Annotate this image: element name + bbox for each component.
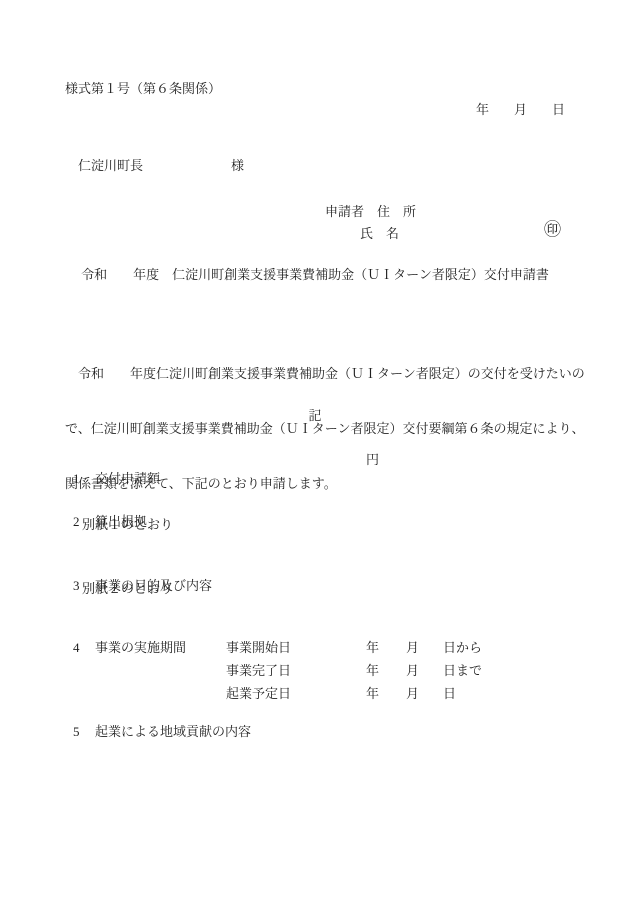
record-mark: 記 — [0, 408, 630, 424]
header-date-year-label: 年 — [476, 102, 489, 118]
application-form-page: 様式第１号（第６条関係） 年 月 日 仁淀川町長様 申請者 住 所 氏 名 ㊞ … — [0, 0, 630, 903]
seal-icon: ㊞ — [544, 222, 561, 238]
item-5-number: 5 — [73, 724, 95, 740]
applicant-address-line: 申請者 住 所 — [325, 204, 416, 220]
item-5-label: 起業による地域貢献の内容 — [95, 724, 251, 739]
header-date-month-label: 月 — [514, 102, 527, 118]
item-4-number: 4 — [73, 640, 95, 656]
planned-date-month-label: 月 — [406, 683, 443, 702]
addressee-honorific: 様 — [231, 158, 244, 173]
planned-date-label: 起業予定日 — [226, 683, 366, 702]
item-1-label: 交付申請額 — [95, 471, 160, 486]
item-1-number: 1 — [73, 471, 95, 487]
item-2-detail: 別紙１のとおり — [82, 517, 173, 533]
item-4-line: 4事業の実施期間 — [60, 621, 186, 672]
addressee-line: 仁淀川町長様 — [65, 142, 244, 190]
header-date-day-label: 日 — [552, 102, 565, 118]
item-3-detail: 別紙２のとおり — [82, 581, 173, 597]
planned-date-day-label: 日 — [443, 686, 456, 701]
body-paragraph-line: 令和 年度仁淀川町創業支援事業費補助金（ＵＩターン者限定）の交付を受けたいの — [65, 362, 585, 385]
planned-date-year-label: 年 — [366, 683, 406, 702]
addressee-title: 仁淀川町長 — [78, 158, 143, 173]
applicant-name-line: 氏 名 — [360, 226, 399, 242]
document-title: 令和 年度 仁淀川町創業支援事業費補助金（ＵＩターン者限定）交付申請書 — [0, 267, 630, 283]
header-date: 年 月 日 — [476, 102, 565, 118]
form-number: 様式第１号（第６条関係） — [65, 81, 221, 97]
item-1-unit-label: 円 — [366, 452, 379, 468]
item-5-line: 5起業による地域貢献の内容 — [60, 705, 251, 756]
item-4-label: 事業の実施期間 — [95, 640, 186, 655]
